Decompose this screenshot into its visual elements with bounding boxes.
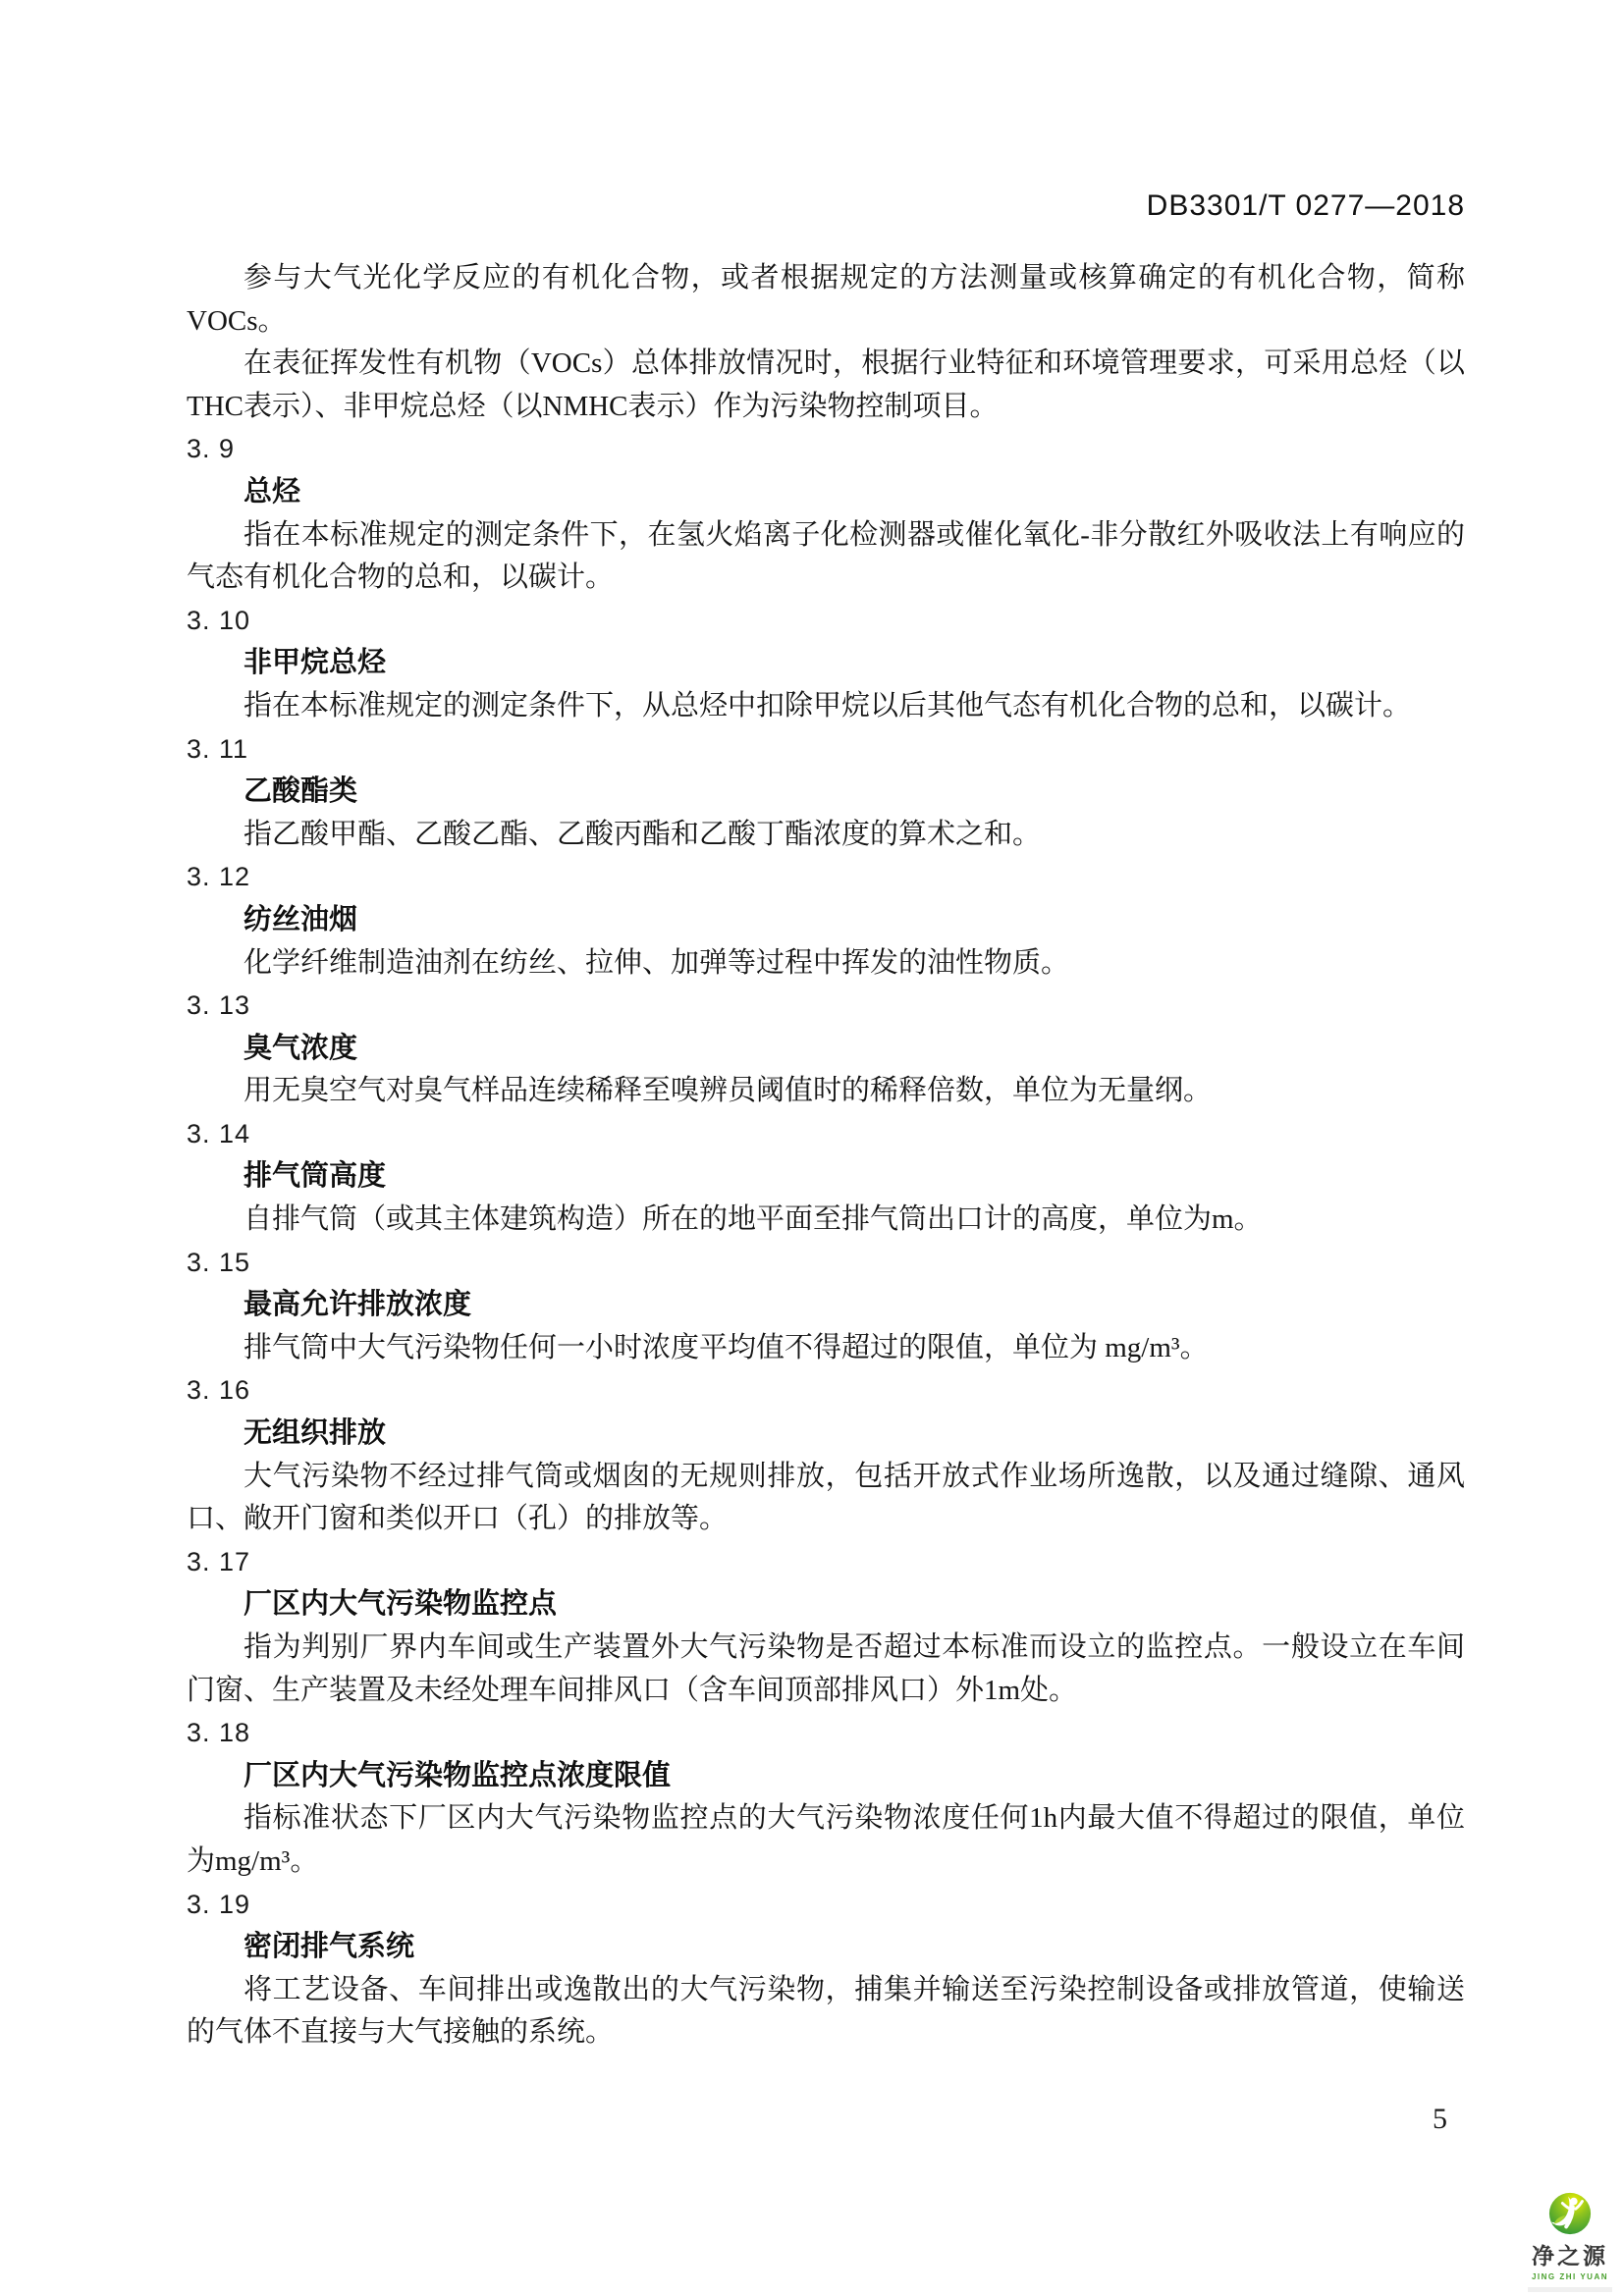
section-title: 密闭排气系统 [187, 1926, 1465, 1969]
jingzhiyuan-logo-icon [1547, 2191, 1593, 2236]
logo-watermark-bar [1528, 2287, 1612, 2292]
section-body: 化学纤维制造油剂在纺丝、拉伸、加弹等过程中挥发的油性物质。 [187, 942, 1465, 986]
section-body: 指标准状态下厂区内大气污染物监控点的大气污染物浓度任何1h内最大值不得超过的限值… [187, 1797, 1465, 1883]
section-body: 排气筒中大气污染物任何一小时浓度平均值不得超过的限值，单位为 mg/m³。 [187, 1327, 1465, 1370]
section-body: 指在本标准规定的测定条件下，在氢火焰离子化检测器或催化氧化-非分散红外吸收法上有… [187, 514, 1465, 600]
section-body: 指乙酸甲酯、乙酸乙酯、乙酸丙酯和乙酸丁酯浓度的算术之和。 [187, 814, 1465, 857]
logo-subtitle: JING ZHI YUAN [1522, 2272, 1618, 2281]
section-title: 总烃 [187, 471, 1465, 514]
section-3-9: 3. 9 总烃 指在本标准规定的测定条件下，在氢火焰离子化检测器或催化氧化-非分… [187, 428, 1465, 599]
section-title: 纺丝油烟 [187, 899, 1465, 942]
section-title: 排气筒高度 [187, 1155, 1465, 1199]
section-3-13: 3. 13 臭气浓度 用无臭空气对臭气样品连续稀释至嗅辨员阈值时的稀释倍数，单位… [187, 985, 1465, 1113]
section-number: 3. 19 [187, 1884, 1465, 1927]
section-body: 大气污染物不经过排气筒或烟囱的无规则排放，包括开放式作业场所逸散，以及通过缝隙、… [187, 1456, 1465, 1541]
intro-paragraph: 在表征挥发性有机物（VOCs）总体排放情况时，根据行业特征和环境管理要求，可采用… [187, 343, 1465, 428]
section-number: 3. 11 [187, 728, 1465, 772]
section-number: 3. 18 [187, 1712, 1465, 1755]
section-title: 臭气浓度 [187, 1028, 1465, 1071]
section-3-11: 3. 11 乙酸酯类 指乙酸甲酯、乙酸乙酯、乙酸丙酯和乙酸丁酯浓度的算术之和。 [187, 728, 1465, 857]
section-title: 厂区内大气污染物监控点浓度限值 [187, 1755, 1465, 1798]
intro-paragraph: 参与大气光化学反应的有机化合物，或者根据规定的方法测量或核算确定的有机化合物，简… [187, 257, 1465, 343]
section-body: 将工艺设备、车间排出或逸散出的大气污染物，捕集并输送至污染控制设备或排放管道，使… [187, 1969, 1465, 2055]
document-content: 参与大气光化学反应的有机化合物，或者根据规定的方法测量或核算确定的有机化合物，简… [187, 257, 1465, 2055]
section-title: 非甲烷总烃 [187, 642, 1465, 685]
section-number: 3. 9 [187, 428, 1465, 471]
section-number: 3. 13 [187, 985, 1465, 1028]
section-3-15: 3. 15 最高允许排放浓度 排气筒中大气污染物任何一小时浓度平均值不得超过的限… [187, 1242, 1465, 1370]
section-3-18: 3. 18 厂区内大气污染物监控点浓度限值 指标准状态下厂区内大气污染物监控点的… [187, 1712, 1465, 1883]
jingzhiyuan-logo: 净之源 JING ZHI YUAN [1522, 2191, 1618, 2292]
section-3-16: 3. 16 无组织排放 大气污染物不经过排气筒或烟囱的无规则排放，包括开放式作业… [187, 1369, 1465, 1540]
section-title: 最高允许排放浓度 [187, 1284, 1465, 1327]
section-3-10: 3. 10 非甲烷总烃 指在本标准规定的测定条件下，从总烃中扣除甲烷以后其他气态… [187, 600, 1465, 728]
logo-name: 净之源 [1522, 2238, 1618, 2270]
section-3-14: 3. 14 排气筒高度 自排气筒（或其主体建筑构造）所在的地平面至排气筒出口计的… [187, 1113, 1465, 1242]
section-body: 用无臭空气对臭气样品连续稀释至嗅辨员阈值时的稀释倍数，单位为无量纲。 [187, 1070, 1465, 1113]
section-body: 自排气筒（或其主体建筑构造）所在的地平面至排气筒出口计的高度，单位为m。 [187, 1199, 1465, 1242]
section-3-19: 3. 19 密闭排气系统 将工艺设备、车间排出或逸散出的大气污染物，捕集并输送至… [187, 1884, 1465, 2055]
section-3-12: 3. 12 纺丝油烟 化学纤维制造油剂在纺丝、拉伸、加弹等过程中挥发的油性物质。 [187, 856, 1465, 985]
section-number: 3. 10 [187, 600, 1465, 643]
section-number: 3. 15 [187, 1242, 1465, 1285]
document-page: DB3301/T 0277—2018 参与大气光化学反应的有机化合物，或者根据规… [0, 0, 1624, 2296]
section-number: 3. 14 [187, 1113, 1465, 1156]
doc-number: DB3301/T 0277—2018 [1147, 189, 1465, 223]
section-title: 无组织排放 [187, 1413, 1465, 1456]
section-body: 指为判别厂界内车间或生产装置外大气污染物是否超过本标准而设立的监控点。一般设立在… [187, 1627, 1465, 1712]
section-body: 指在本标准规定的测定条件下，从总烃中扣除甲烷以后其他气态有机化合物的总和，以碳计… [187, 685, 1465, 728]
section-number: 3. 12 [187, 856, 1465, 899]
section-number: 3. 16 [187, 1369, 1465, 1413]
page-number: 5 [1433, 2103, 1447, 2136]
section-title: 厂区内大气污染物监控点 [187, 1583, 1465, 1627]
section-title: 乙酸酯类 [187, 771, 1465, 814]
section-3-17: 3. 17 厂区内大气污染物监控点 指为判别厂界内车间或生产装置外大气污染物是否… [187, 1541, 1465, 1712]
section-number: 3. 17 [187, 1541, 1465, 1584]
